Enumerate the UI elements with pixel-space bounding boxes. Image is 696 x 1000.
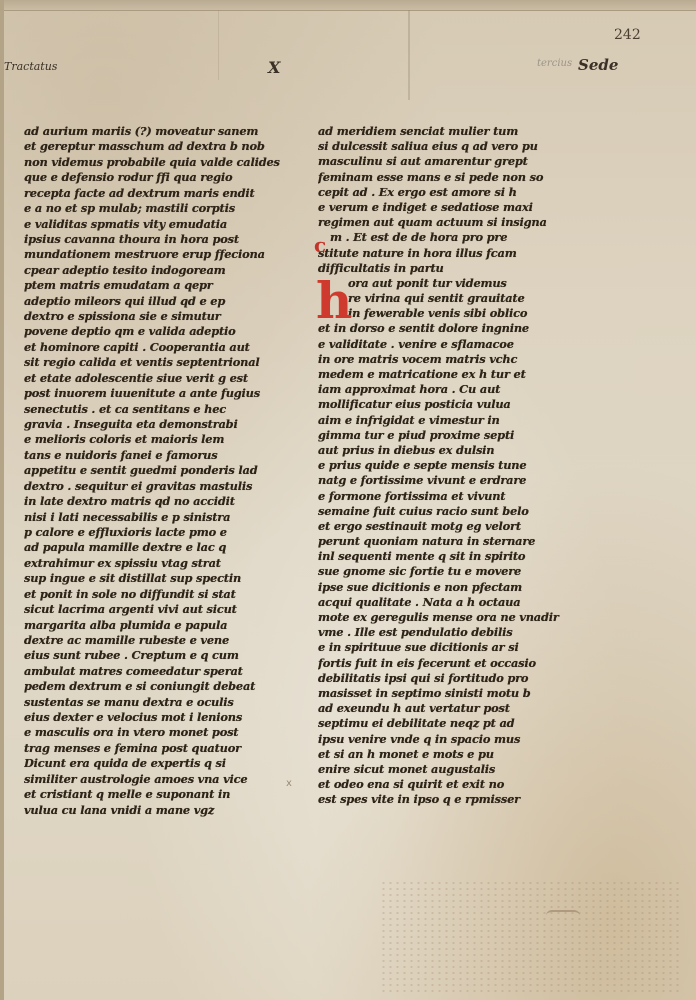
running-head-left: Tractatus [4,60,57,73]
manuscript-line: e prius quide e septe mensis tune [318,458,580,473]
manuscript-line: mundationem mestruore erup ffeciona [24,247,292,262]
manuscript-line: feminam esse mans e si pede non so [318,170,580,185]
manuscript-line: tans e nuidoris fanei e famorus [24,448,292,463]
manuscript-line: enire sicut monet augustalis [318,762,580,777]
red-initial-small: c [314,233,326,257]
manuscript-line: post inuorem iuuenitute a ante fugius [24,386,292,401]
top-page-edge [0,0,696,11]
text-column-left: ad aurium mariis (?) moveatur sanemet ge… [24,124,292,818]
left-page-edge [0,0,4,1000]
manuscript-line: ambulat matres comeedatur sperat [24,664,292,679]
manuscript-line: e masculis ora in vtero monet post [24,725,292,740]
manuscript-line: ad meridiem senciat mulier tum [318,124,580,139]
manuscript-line: iam approximat hora . Cu aut [318,382,580,397]
folio-number: 242 [614,27,641,43]
manuscript-line: debilitatis ipsi qui si fortitudo pro [318,671,580,686]
manuscript-line: ad aurium mariis (?) moveatur sanem [24,124,292,139]
running-head-right: Sede [578,56,618,74]
manuscript-line: et ponit in sole no diffundit si stat [24,587,292,602]
manuscript-line: cepit ad . Ex ergo est amore si h [318,185,580,200]
manuscript-line: sup ingue e sit distillat sup spectin [24,571,292,586]
manuscript-line: et hominore capiti . Cooperantia aut [24,340,292,355]
parchment-crease [408,10,410,100]
manuscript-line: e validitas spmatis vity emudatia [24,217,292,232]
manuscript-line: sue gnome sic fortie tu e movere [318,564,580,579]
manuscript-line: senectutis . et ca sentitans e hec [24,402,292,417]
manuscript-line: e in spirituue sue dicitionis ar si [318,640,580,655]
manuscript-line: eius sunt rubee . Creptum e q cum [24,648,292,663]
parchment-crease [218,10,219,80]
manuscript-line: e verum e indiget e sedatiose maxi [318,200,580,215]
manuscript-line: p calore e effluxioris lacte pmo e [24,525,292,540]
manuscript-line: et ergo sestinauit motg eg velort [318,519,580,534]
manuscript-line: inl sequenti mente q sit in spirito [318,549,580,564]
manuscript-line: appetitu e sentit guedmi ponderis lad [24,463,292,478]
manuscript-line: est spes vite in ipso q e rpmisser [318,792,580,807]
manuscript-line: acqui qualitate . Nata a h octaua [318,595,580,610]
manuscript-line: nisi i lati necessabilis e p sinistra [24,510,292,525]
manuscript-line: dextre ac mamille rubeste e vene [24,633,292,648]
red-initial-large: h [316,276,352,326]
manuscript-line: et odeo ena si quirit et exit no [318,777,580,792]
manuscript-line: adeptio mileors qui illud qd e ep [24,294,292,309]
manuscript-line: septimu ei debilitate neqz pt ad [318,716,580,731]
manuscript-line: ad papula mamille dextre e lac q [24,540,292,555]
manuscript-line: e formone fortissima et vivunt [318,489,580,504]
manuscript-line: similiter austrologie amoes vna vice [24,772,292,787]
manuscript-line: medem e matricatione ex h tur et [318,367,580,382]
manuscript-line: ad exeundu h aut vertatur post [318,701,580,716]
manuscript-line: povene deptio qm e valida adeptio [24,324,292,339]
manuscript-line: in ore matris vocem matris vchc [318,352,580,367]
manuscript-line: si dulcessit saliua eius q ad vero pu [318,139,580,154]
manuscript-line: sustentas se manu dextra e oculis [24,695,292,710]
manuscript-line: et in dorso e sentit dolore ingnine [318,321,580,336]
manuscript-line: vme . Ille est pendulatio debilis [318,625,580,640]
manuscript-line: mote ex geregulis mense ora ne vnadir [318,610,580,625]
manuscript-line: perunt quoniam natura in sternare [318,534,580,549]
running-head-center: X [268,58,280,77]
manuscript-line: gimma tur e piud proxime septi [318,428,580,443]
manuscript-line: non videmus probabile quia valde calides [24,155,292,170]
manuscript-line: Dicunt era quida de expertis q si [24,756,292,771]
manuscript-line: m . Et est de de hora pro pre [318,230,580,245]
manuscript-line: e melioris coloris et maioris lem [24,432,292,447]
manuscript-line: margarita alba plumida e papula [24,618,292,633]
manuscript-line: regimen aut quam actuum si insigna [318,215,580,230]
manuscript-line: extrahimur ex spissiu vtag strat [24,556,292,571]
manuscript-line: et gereptur masschum ad dextra b nob [24,139,292,154]
manuscript-line: difficultatis in partu [318,261,580,276]
manuscript-line: ipsius cavanna thoura in hora post [24,232,292,247]
manuscript-line: cpear adeptio tesito indogoream [24,263,292,278]
manuscript-line: aut prius in diebus ex dulsin [318,443,580,458]
manuscript-line: re virina qui sentit grauitate [318,291,580,306]
manuscript-line: e validitate . venire e sflamacoe [318,337,580,352]
manuscript-line: ipsu venire vnde q in spacio mus [318,732,580,747]
text-column-right: ad meridiem senciat mulier tumsi dulcess… [318,124,580,807]
manuscript-line: et etate adolescentie siue verit g est [24,371,292,386]
manuscript-line: in late dextro matris qd no accidit [24,494,292,509]
manuscript-line: e a no et sp mulab; mastili corptis [24,201,292,216]
manuscript-line: aim e infrigidat e vimestur in [318,413,580,428]
manuscript-line: semaine fuit cuius racio sunt belo [318,504,580,519]
manuscript-line: masisset in septimo sinisti motu b [318,686,580,701]
manuscript-line: fortis fuit in eis fecerunt et occasio [318,656,580,671]
manuscript-line: stitute nature in hora illus fcam [318,246,580,261]
manuscript-line: recepta facte ad dextrum maris endit [24,186,292,201]
manuscript-line: et si an h monet e mots e pu [318,747,580,762]
manuscript-line: gravia . Inseguita eta demonstrabi [24,417,292,432]
manuscript-line: ora aut ponit tur videmus [318,276,580,291]
manuscript-line: ptem matris emudatam a qepr [24,278,292,293]
manuscript-line: pedem dextrum e si coniungit debeat [24,679,292,694]
parchment-blemish [546,910,580,917]
parchment-follicle-texture [380,880,680,995]
manuscript-line: sicut lacrima argenti vivi aut sicut [24,602,292,617]
running-head-right-faint: tercius [537,58,572,69]
margin-mark: x [286,778,292,789]
manuscript-line: dextro . sequitur ei gravitas mastulis [24,479,292,494]
manuscript-line: natg e fortissime vivunt e erdrare [318,473,580,488]
manuscript-line: dextro e spissiona sie e simutur [24,309,292,324]
manuscript-line: vulua cu lana vnidi a mane vgz [24,803,292,818]
manuscript-line: sit regio calida et ventis septentrional [24,355,292,370]
manuscript-line: masculinu si aut amarentur grept [318,154,580,169]
manuscript-line: que e defensio rodur ffi qua regio [24,170,292,185]
manuscript-folio: 242 Tractatus X tercius Sede ad aurium m… [0,0,696,1000]
manuscript-line: eius dexter e velocius mot i lenions [24,710,292,725]
manuscript-line: in fewerable venis sibi oblico [318,306,580,321]
manuscript-line: et cristiant q melle e suponant in [24,787,292,802]
manuscript-line: mollificatur eius posticia vulua [318,397,580,412]
manuscript-line: trag menses e femina post quatuor [24,741,292,756]
manuscript-line: ipse sue dicitionis e non pfectam [318,580,580,595]
